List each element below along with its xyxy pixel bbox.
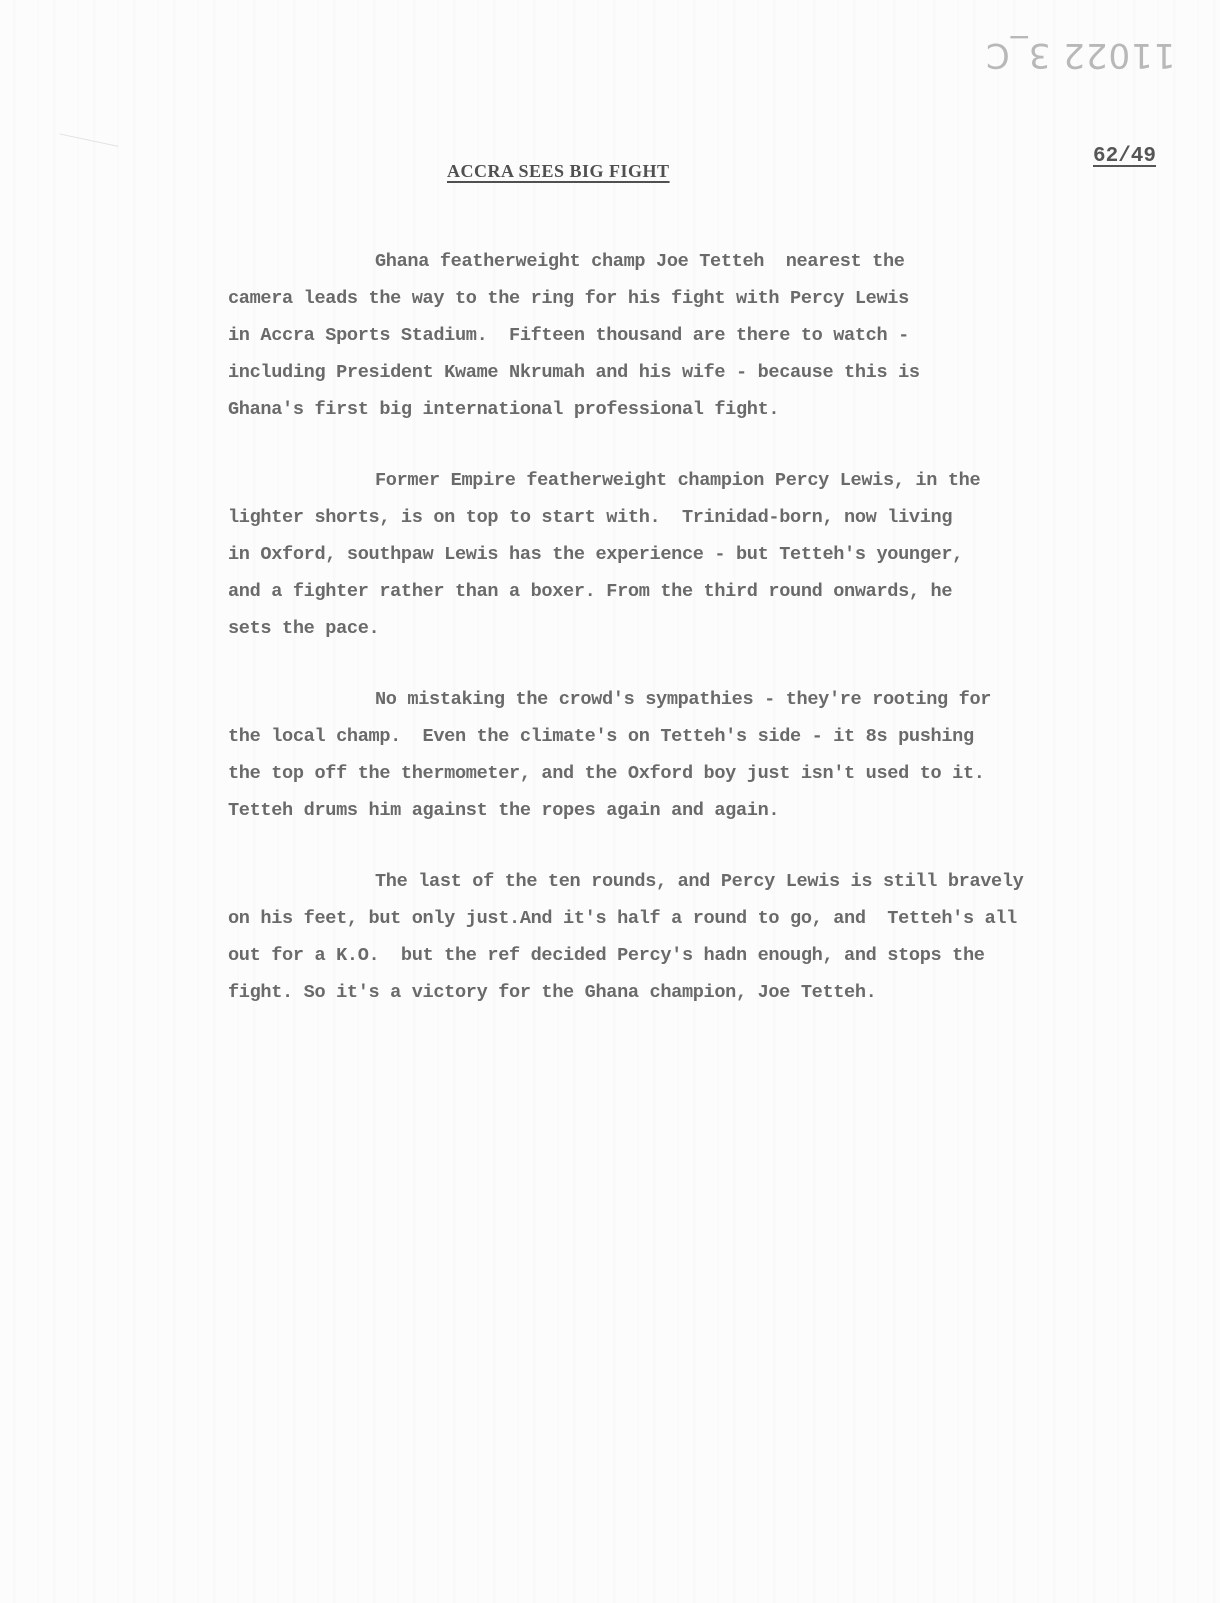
- text-line: Ghana featherweight champ Joe Tetteh nea…: [228, 243, 1128, 280]
- text-line: and a fighter rather than a boxer. From …: [228, 573, 1128, 610]
- paragraph-1: Ghana featherweight champ Joe Tetteh nea…: [228, 243, 1128, 428]
- document-body: Ghana featherweight champ Joe Tetteh nea…: [228, 243, 1128, 1045]
- text-line: Tetteh drums him against the ropes again…: [228, 792, 1128, 829]
- text-line: the local champ. Even the climate's on T…: [228, 718, 1128, 755]
- text-line: in Accra Sports Stadium. Fifteen thousan…: [228, 317, 1128, 354]
- paragraph-3: No mistaking the crowd's sympathies - th…: [228, 681, 1128, 829]
- text-line: camera leads the way to the ring for his…: [228, 280, 1128, 317]
- text-line: lighter shorts, is on top to start with.…: [228, 499, 1128, 536]
- text-line: The last of the ten rounds, and Percy Le…: [228, 863, 1128, 900]
- paper-mark: [59, 104, 124, 147]
- text-line: including President Kwame Nkrumah and hi…: [228, 354, 1128, 391]
- text-line: Ghana's first big international professi…: [228, 391, 1128, 428]
- text-line: the top off the thermometer, and the Oxf…: [228, 755, 1128, 792]
- document-title: ACCRA SEES BIG FIGHT: [447, 161, 670, 182]
- document-page: 11022 3_C 62/49 ACCRA SEES BIG FIGHT Gha…: [0, 0, 1220, 1603]
- text-line: in Oxford, southpaw Lewis has the experi…: [228, 536, 1128, 573]
- paragraph-2: Former Empire featherweight champion Per…: [228, 462, 1128, 647]
- text-line: on his feet, but only just.And it's half…: [228, 900, 1128, 937]
- text-line: out for a K.O. but the ref decided Percy…: [228, 937, 1128, 974]
- text-line: No mistaking the crowd's sympathies - th…: [228, 681, 1128, 718]
- handwritten-archive-number: 11022 3_C: [985, 35, 1175, 75]
- reference-number: 62/49: [1093, 145, 1156, 168]
- text-line: fight. So it's a victory for the Ghana c…: [228, 974, 1128, 1011]
- text-line: sets the pace.: [228, 610, 1128, 647]
- text-line: Former Empire featherweight champion Per…: [228, 462, 1128, 499]
- paragraph-4: The last of the ten rounds, and Percy Le…: [228, 863, 1128, 1011]
